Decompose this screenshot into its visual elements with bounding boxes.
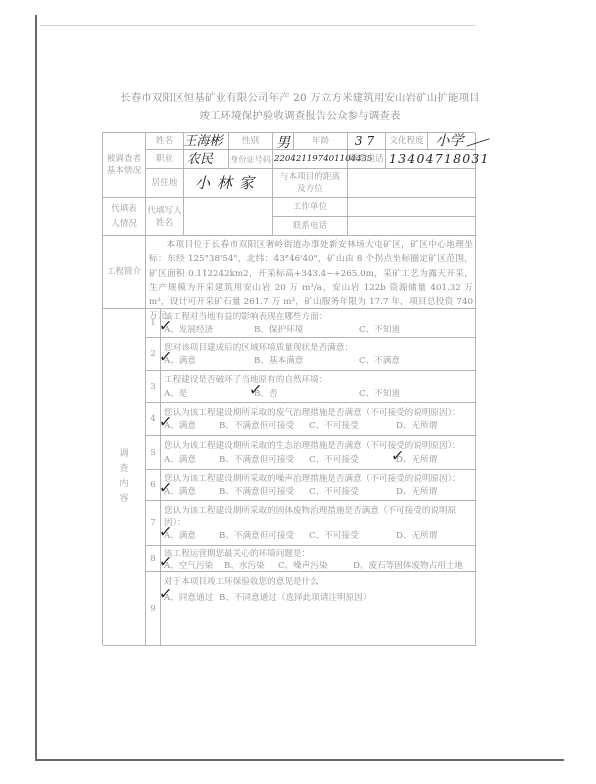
gender-value: 男 xyxy=(276,137,290,149)
option-c: C、不知道✓ xyxy=(359,324,400,336)
survey-table: 被调查者基本情况 姓名 王海彬 性别 男 年龄 37 文化程度 小学 职业 农民… xyxy=(102,132,475,645)
option-c: C、不可接受✓ xyxy=(309,420,359,432)
option-d: D、废石等固体废物占用土地✓ xyxy=(353,560,463,572)
question-text: 该工程运营期您最关心的环境问题是： xyxy=(164,548,472,560)
residence-value: 小林家 xyxy=(195,177,261,189)
project-description-cell: 本项目位于长春市双阳区奢岭街道办事处新安林场大屯矿区，矿区中心地理坐标：东经 1… xyxy=(146,236,476,309)
question-9: 9 对于本项目竣工环保验收您的意见是什么 A、同意通过✓ B、不同意通过（选择此… xyxy=(146,572,476,646)
option-b: B、基本满意✓ xyxy=(254,355,303,367)
question-text: 您认为该工程建设期所采取的废气治理措施是否满意（不可接受的说明原因）： xyxy=(164,407,472,419)
option-c: C、噪声污染✓ xyxy=(278,560,328,572)
survey-section-label: 调查内容 xyxy=(119,447,129,507)
proxy-phone-field xyxy=(348,217,476,236)
option-c: C、不可接受✓ xyxy=(309,530,359,542)
question-7: 7 您认为该工程建设期所采取的固体废物治理措施是否满意（不可接受的说明原因）： … xyxy=(146,501,476,546)
option-c: C、不可接受✓ xyxy=(309,454,359,466)
option-b: B、不满意但可接受✓ xyxy=(219,486,294,498)
name-field: 王海彬 xyxy=(184,133,229,150)
proxy-employer-field xyxy=(348,198,476,217)
distance-field xyxy=(348,169,476,198)
proxy-phone-label: 联系电话 xyxy=(273,217,348,236)
name-label: 姓名 xyxy=(146,133,184,150)
option-a: A、空气污染✓ xyxy=(164,560,213,572)
question-text: 您对该项目建成后的区域环境质量现状是否满意： xyxy=(164,342,472,354)
option-a: A、满意✓ xyxy=(164,530,196,542)
question-text: 该工程对当地有益的影响表现在哪些方面： xyxy=(164,311,472,323)
options-row: A、空气污染✓ B、水污染✓ C、噪声污染✓ D、废石等固体废物占用土地✓ xyxy=(164,560,472,571)
question-text: 工程建设是否破坏了当地原有的自然环境： xyxy=(164,374,472,386)
age-value: 37 xyxy=(355,135,378,147)
proxy-employer-label: 工作单位 xyxy=(273,198,348,217)
question-5: 5 您认为该工程建设期所采取的生态治理措施是否满意（不可接受的说明原因）： A、… xyxy=(146,436,476,470)
education-field: 小学 xyxy=(428,133,476,150)
residence-label: 居住地 xyxy=(146,169,184,198)
scan-edge-left xyxy=(35,15,37,761)
option-b: B、不满意但可接受✓ xyxy=(219,454,294,466)
checkmark-icon: ✓ xyxy=(390,448,404,465)
options-row: A、满意✓ B、基本满意✓ C、不满意✓ xyxy=(164,355,472,368)
option-a: A、发展经济✓ xyxy=(164,324,213,336)
options-row: A、满意✓ B、不满意但可接受✓ C、不可接受✓ D、无所谓✓ xyxy=(164,454,472,467)
question-text: 对于本项目竣工环保验收您的意见是什么 xyxy=(164,576,472,588)
gender-label: 性别 xyxy=(229,133,273,150)
option-b: B、不同意通过（选择此项请注明原因）✓ xyxy=(219,592,371,604)
checkmark-icon: ✓ xyxy=(158,414,172,431)
gender-field: 男 xyxy=(273,133,294,150)
question-text: 您认为该工程建设期所采取的生态治理措施是否满意（不可接受的说明原因）： xyxy=(164,440,472,452)
option-d: D、无所谓✓ xyxy=(396,454,437,466)
proxy-name-field xyxy=(184,198,273,236)
option-c: C、不满意✓ xyxy=(359,355,400,367)
phone-value: 13404718031 xyxy=(389,153,490,165)
phone-label: 联系电话 xyxy=(348,150,386,169)
option-b: B、不满意但可接受✓ xyxy=(219,530,294,542)
option-c: C、不知道✓ xyxy=(359,388,400,400)
question-number: 3 xyxy=(146,371,161,402)
scan-edge-bottom xyxy=(35,759,564,761)
document-title-line-2: 竣工环境保护验收调查报告公众参与调查表 xyxy=(0,107,596,122)
checkmark-icon: ✓ xyxy=(158,524,172,541)
question-3: 3 工程建设是否破坏了当地原有的自然环境： A、是✓ B、否✓ C、不知道✓ xyxy=(146,371,476,403)
checkmark-icon: ✓ xyxy=(158,317,172,334)
option-b: B、否✓ xyxy=(254,388,278,400)
options-row: A、满意✓ B、不满意但可接受✓ C、不可接受✓ D、无所谓✓ xyxy=(164,486,472,499)
age-field: 37 xyxy=(348,133,386,150)
document-title-line-1: 长春市双阳区恒基矿业有限公司年产 20 万立方米建筑用安山岩矿山扩能项目 xyxy=(0,89,596,104)
question-text: 您认为该工程建设期所采取的噪声治理措施是否满意（不可接受的说明原因）： xyxy=(164,473,472,485)
checkmark-icon: ✓ xyxy=(158,586,172,603)
question-2: 2 您对该项目建成后的区域环境质量现状是否满意： A、满意✓ B、基本满意✓ C… xyxy=(146,338,476,371)
scan-edge-top xyxy=(40,25,476,26)
question-number: 5 xyxy=(146,436,161,469)
distance-label: 与本项目的距离及方位 xyxy=(273,169,348,198)
question-1: 1 该工程对当地有益的影响表现在哪些方面： A、发展经济✓ B、保护环境✓ C、… xyxy=(146,309,476,338)
option-a: A、是✓ xyxy=(164,388,187,400)
question-8: 8 该工程运营期您最关心的环境问题是： A、空气污染✓ B、水污染✓ C、噪声污… xyxy=(146,546,476,572)
name-value: 王海彬 xyxy=(183,136,222,148)
option-d: D、无所谓✓ xyxy=(396,486,437,498)
options-row: A、满意✓ B、不满意但可接受✓ C、不可接受✓ D、无所谓✓ xyxy=(164,420,472,433)
option-b: B、保护环境✓ xyxy=(254,324,303,336)
id-number-label: 身份证号码 xyxy=(229,150,273,169)
checkmark-icon: ✓ xyxy=(248,381,262,398)
residence-field: 小林家 xyxy=(184,169,273,198)
survey-section-label-cell: 调查内容 xyxy=(103,309,146,646)
options-row: A、同意通过✓ B、不同意通过（选择此项请注明原因）✓ xyxy=(164,592,472,605)
option-d: D、无所谓✓ xyxy=(396,420,437,432)
options-row: A、是✓ B、否✓ C、不知道✓ xyxy=(164,388,472,401)
project-label: 工程简介 xyxy=(103,236,146,309)
occupation-label: 职业 xyxy=(146,150,184,169)
proxy-section-label: 代填表人情况 xyxy=(103,198,146,236)
option-a: A、满意✓ xyxy=(164,420,196,432)
phone-field: 13404718031 xyxy=(386,150,476,169)
checkmark-icon: ✓ xyxy=(158,349,172,366)
respondent-section-label: 被调查者基本情况 xyxy=(103,133,146,198)
question-6: 6 您认为该工程建设期所采取的噪声治理措施是否满意（不可接受的说明原因）： A、… xyxy=(146,470,476,501)
option-b: B、不满意但可接受✓ xyxy=(219,420,294,432)
occupation-value: 农民 xyxy=(187,154,213,166)
occupation-field: 农民 xyxy=(184,150,229,169)
option-a: A、同意通过✓ xyxy=(164,592,213,604)
option-d: D、无所谓✓ xyxy=(396,530,437,542)
checkmark-icon: ✓ xyxy=(158,554,172,571)
education-label: 文化程度 xyxy=(386,133,428,150)
proxy-name-label: 代填写人姓名 xyxy=(146,198,184,236)
option-a: A、满意✓ xyxy=(164,454,196,466)
question-text: 您认为该工程建设期所采取的固体废物治理措施是否满意（不可接受的说明原因）： xyxy=(164,505,472,529)
option-c: C、不可接受✓ xyxy=(309,486,359,498)
options-row: A、发展经济✓ B、保护环境✓ C、不知道✓ xyxy=(164,324,472,337)
option-a: A、满意✓ xyxy=(164,486,196,498)
option-b: B、水污染✓ xyxy=(224,560,265,572)
options-row: A、满意✓ B、不满意但可接受✓ C、不可接受✓ D、无所谓✓ xyxy=(164,530,472,543)
age-label: 年龄 xyxy=(294,133,348,150)
option-a: A、满意✓ xyxy=(164,355,196,367)
id-number-field: 220421197401104435 xyxy=(273,150,348,169)
checkmark-icon: ✓ xyxy=(158,480,172,497)
education-value: 小学 xyxy=(436,135,464,147)
question-4: 4 您认为该工程建设期所采取的废气治理措施是否满意（不可接受的说明原因）： A、… xyxy=(146,403,476,436)
